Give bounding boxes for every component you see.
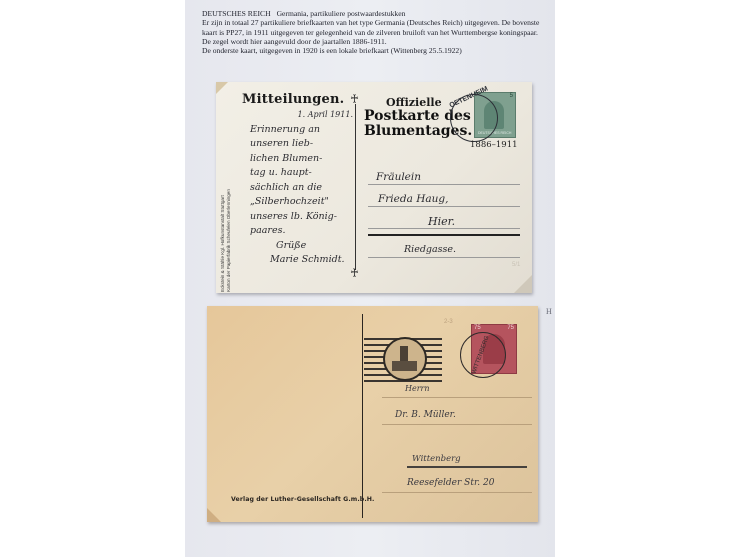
address-rule	[382, 424, 532, 425]
message-greeting: Grüße	[250, 239, 355, 254]
corner-wear	[207, 508, 221, 522]
postcard-blumentag: Mitteilungen. Eckstein & Stähle Kgl. Hof…	[216, 82, 532, 293]
page-header: DEUTSCHES REICHGermania, partikuliere po…	[202, 9, 562, 55]
header-title: DEUTSCHES REICH	[202, 9, 271, 18]
stamp-value: 5	[510, 93, 513, 99]
address-line: Riedgasse.	[404, 244, 456, 255]
address-line: Reesefelder Str. 20	[407, 478, 494, 488]
message-line: lichen Blumen-	[250, 152, 355, 167]
address-rule	[368, 228, 520, 229]
ornament-icon: ♰	[350, 266, 359, 281]
header-subtitle: Germania, partikuliere postwaardestukken	[277, 9, 406, 18]
message-signature: Marie Schmidt.	[250, 253, 355, 268]
message-line: unseren lieb-	[250, 137, 355, 152]
corner-wear	[216, 82, 228, 94]
message-line: Erinnerung an	[250, 123, 355, 138]
stamp-value: 75	[507, 325, 514, 331]
wittenberg-castle-seal-icon	[383, 337, 427, 381]
message-line: tag u. haupt-	[250, 166, 355, 181]
header-line: Er zijn in totaal 27 partikuliere briefk…	[202, 18, 562, 27]
handwritten-message: 1. April 1911. Erinnerung an unseren lie…	[250, 108, 355, 268]
message-date: 1. April 1911.	[250, 108, 355, 123]
address-rule	[368, 257, 520, 258]
corner-wear	[514, 275, 532, 293]
header-line: De zegel wordt hier aangevuld door de ja…	[202, 37, 562, 46]
address-line: Frieda Haug,	[378, 193, 448, 205]
card-heading: Mitteilungen.	[242, 92, 344, 107]
message-line: sächlich an die	[250, 181, 355, 196]
address-rule	[368, 206, 520, 207]
card-divider	[355, 104, 356, 270]
address-rule	[382, 492, 532, 493]
header-title-line: DEUTSCHES REICHGermania, partikuliere po…	[202, 9, 562, 18]
address-rule-thick	[407, 466, 527, 468]
address-line: Fräulein	[376, 171, 421, 183]
address-rule-thick	[368, 234, 520, 236]
header-line: De onderste kaart, uitgegeven in 1920 is…	[202, 46, 562, 55]
side-imprint: Eckstein & Stähle Kgl. Hofkunstanstalt S…	[220, 112, 231, 292]
address-rule	[368, 184, 520, 185]
pencil-note: 5/1	[512, 262, 520, 268]
commemorative-years: 1886–1911	[470, 140, 518, 150]
pencil-note: 2-3	[444, 319, 453, 325]
header-line: kaart is PP27, in 1911 uitgegeven ter ge…	[202, 28, 562, 37]
imprint-line: Karton der Papierfabrik Scheufelen Oberl…	[226, 112, 232, 292]
postcard-wittenberg: 2-3 75 75 WITTENBERG Herrn Dr. B. Müller…	[207, 306, 538, 522]
message-line: paares.	[250, 224, 355, 239]
message-line: „Silberhochzeit"	[250, 195, 355, 210]
address-line: Dr. B. Müller.	[395, 410, 456, 420]
address-line: Wittenberg	[412, 454, 461, 464]
publisher-imprint: Verlag der Luther-Gesellschaft G.m.b.H.	[231, 496, 375, 503]
address-line: Herrn	[405, 384, 430, 393]
margin-mark: H	[546, 307, 552, 316]
address-line: Hier.	[428, 215, 455, 228]
stamp-value: 75	[474, 325, 481, 331]
address-rule	[382, 397, 532, 398]
message-line: unseres lb. König-	[250, 210, 355, 225]
